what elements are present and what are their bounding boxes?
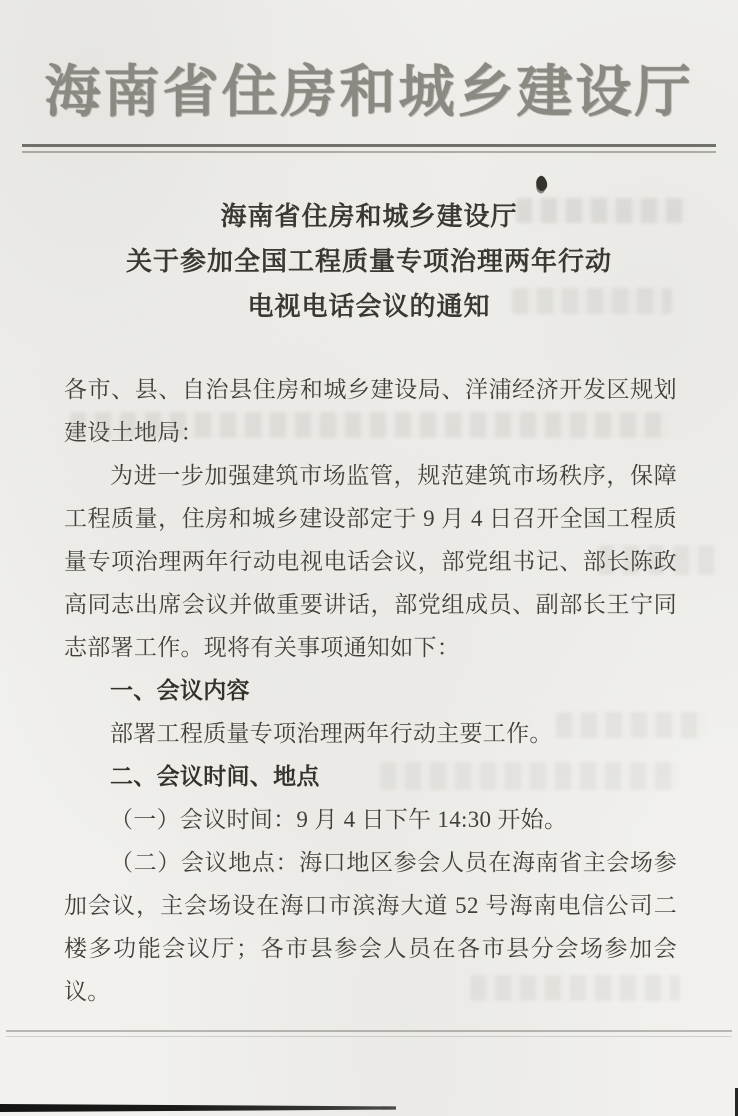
- document-title-line-3: 电视电话会议的通知: [0, 284, 738, 329]
- footer-scan-line: [6, 1030, 732, 1037]
- scan-edge-bar-artifact: [0, 1104, 396, 1112]
- letterhead-title: 海南省住房和城乡建设厅: [0, 58, 738, 128]
- document-title: 海南省住房和城乡建设厅 关于参加全国工程质量专项治理两年行动 电视电话会议的通知: [0, 194, 738, 329]
- document-body: 各市、县、自治县住房和城乡建设局、洋浦经济开发区规划建设土地局： 为进一步加强建…: [64, 368, 677, 1013]
- scanned-document-page: 海南省住房和城乡建设厅 海南省住房和城乡建设厅 关于参加全国工程质量专项治理两年…: [0, 0, 738, 1116]
- document-title-line-2: 关于参加全国工程质量专项治理两年行动: [0, 239, 738, 284]
- section-2-item-time: （一）会议时间：9 月 4 日下午 14:30 开始。: [64, 798, 677, 841]
- document-title-line-1: 海南省住房和城乡建设厅: [0, 194, 738, 239]
- ink-smudge-artifact: [534, 175, 549, 193]
- section-2-heading: 二、会议时间、地点: [64, 755, 677, 798]
- recipients-line: 各市、县、自治县住房和城乡建设局、洋浦经济开发区规划建设土地局：: [64, 368, 677, 454]
- section-2-item-location: （二）会议地点：海口地区参会人员在海南省主会场参加会议，主会场设在海口市滨海大道…: [64, 841, 677, 1013]
- letterhead-divider-rule: [22, 144, 716, 153]
- section-1-paragraph: 部署工程质量专项治理两年行动主要工作。: [64, 712, 677, 755]
- intro-paragraph: 为进一步加强建筑市场监管，规范建筑市场秩序，保障工程质量，住房和城乡建设部定于 …: [64, 454, 677, 669]
- section-1-heading: 一、会议内容: [64, 669, 677, 712]
